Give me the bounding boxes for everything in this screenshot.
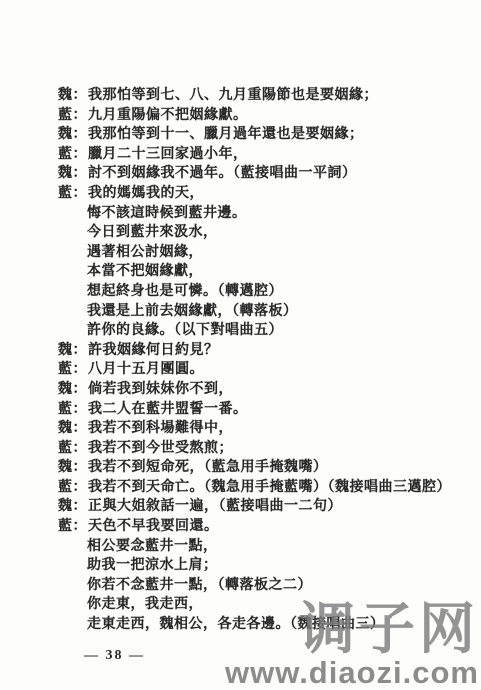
script-line: 許你的良緣。（以下對唱曲五） bbox=[58, 321, 471, 341]
line-text: 我二人在藍井盟誓一番。 bbox=[88, 402, 248, 417]
speaker-label: 藍： bbox=[58, 480, 87, 495]
watermark-site-url: www.diaozi.com bbox=[225, 657, 479, 690]
script-line: 今日到藍井來汲水， bbox=[58, 223, 471, 243]
line-text: 倘若我到妹妹你不到， bbox=[88, 382, 233, 397]
line-text: 我的媽媽我的天， bbox=[88, 186, 204, 201]
speaker-label: 魏： bbox=[58, 460, 87, 475]
script-line: 悔不該這時候到藍井邊。 bbox=[58, 204, 471, 224]
script-line: 藍：我的媽媽我的天， bbox=[58, 184, 471, 204]
script-line: 助我一把涼水上肩； bbox=[58, 556, 471, 576]
script-line: 魏：我若不到科場難得中， bbox=[58, 419, 471, 439]
script-line: 魏：許我姻緣何日約見？ bbox=[58, 341, 471, 361]
script-line: 魏：我若不到短命死，（藍急用手掩魏嘴） bbox=[58, 458, 471, 478]
line-text: 走東走西，魏相公，各走各邊。（魏接唱曲三） bbox=[87, 617, 385, 632]
line-text: 我那怕等到十一、臘月過年還也是要姻緣； bbox=[88, 127, 364, 142]
speaker-label: 藍： bbox=[58, 186, 87, 201]
script-line: 你若不念藍井一點，（轉落板之二） bbox=[58, 576, 471, 596]
scanned-document-page: 魏：我那怕等到七、八、九月重陽節也是要姻緣； 藍：九月重陽偏不把姻緣獻。 魏：我… bbox=[0, 0, 481, 690]
script-body: 魏：我那怕等到七、八、九月重陽節也是要姻緣； 藍：九月重陽偏不把姻緣獻。 魏：我… bbox=[58, 86, 471, 635]
script-line: 想起終身也是可憐。（轉邁腔） bbox=[58, 282, 471, 302]
script-line: 魏：我那怕等到七、八、九月重陽節也是要姻緣； bbox=[58, 86, 471, 106]
script-line: 你走東，我走西， bbox=[58, 595, 471, 615]
line-text: 你走東，我走西， bbox=[87, 597, 203, 612]
speaker-label: 魏： bbox=[58, 421, 87, 436]
speaker-label: 藍： bbox=[58, 147, 87, 162]
line-text: 悔不該這時候到藍井邊。 bbox=[87, 206, 247, 221]
line-text: 助我一把涼水上肩； bbox=[87, 558, 218, 573]
line-text: 本當不把姻緣獻， bbox=[87, 264, 203, 279]
line-text: 許我姻緣何日約見？ bbox=[88, 343, 219, 358]
line-text: 今日到藍井來汲水， bbox=[87, 225, 218, 240]
script-line: 藍：我若不到天命亡。（魏急用手掩藍嘴）（魏接唱曲三邁腔） bbox=[58, 478, 471, 498]
speaker-label: 魏： bbox=[58, 127, 87, 142]
line-text: 我還是上前去姻緣獻，（轉落板） bbox=[87, 304, 298, 319]
line-text: 討不到姻緣我不過年。（藍接唱曲一平詞） bbox=[88, 166, 357, 181]
script-line: 本當不把姻緣獻， bbox=[58, 262, 471, 282]
script-line: 藍：臘月二十三回家過小年， bbox=[58, 145, 471, 165]
script-line: 走東走西，魏相公，各走各邊。（魏接唱曲三） bbox=[58, 615, 471, 635]
line-text: 想起終身也是可憐。（轉邁腔） bbox=[87, 284, 283, 299]
page-number: — 38 — bbox=[84, 648, 145, 664]
line-text: 你若不念藍井一點，（轉落板之二） bbox=[87, 578, 312, 593]
speaker-label: 藍： bbox=[58, 441, 87, 456]
line-text: 九月重陽偏不把姻緣獻。 bbox=[88, 108, 248, 123]
speaker-label: 藍： bbox=[58, 362, 87, 377]
speaker-label: 藍： bbox=[58, 108, 87, 123]
script-line: 藍：九月重陽偏不把姻緣獻。 bbox=[58, 106, 471, 126]
script-line: 藍：天色不早我要回還。 bbox=[58, 517, 471, 537]
line-text: 我若不到科場難得中， bbox=[88, 421, 233, 436]
line-text: 我若不到天命亡。（魏急用手掩藍嘴）（魏接唱曲三邁腔） bbox=[88, 480, 451, 495]
line-text: 遇著相公討姻緣， bbox=[87, 245, 203, 260]
line-text: 相公要念藍井一點， bbox=[87, 539, 218, 554]
line-text: 我那怕等到七、八、九月重陽節也是要姻緣； bbox=[88, 88, 378, 103]
script-line: 魏：正與大姐敘話一遍，（藍接唱曲一二句） bbox=[58, 497, 471, 517]
line-text: 我若不到今世受熬煎； bbox=[88, 441, 233, 456]
speaker-label: 魏： bbox=[58, 88, 87, 103]
script-line: 魏：倘若我到妹妹你不到， bbox=[58, 380, 471, 400]
speaker-label: 魏： bbox=[58, 343, 87, 358]
line-text: 臘月二十三回家過小年， bbox=[88, 147, 248, 162]
script-line: 藍：八月十五月團圓。 bbox=[58, 360, 471, 380]
line-text: 天色不早我要回還。 bbox=[88, 519, 219, 534]
speaker-label: 魏： bbox=[58, 166, 87, 181]
speaker-label: 藍： bbox=[58, 402, 87, 417]
script-line: 魏：討不到姻緣我不過年。（藍接唱曲一平詞） bbox=[58, 164, 471, 184]
speaker-label: 藍： bbox=[58, 519, 87, 534]
script-line: 遇著相公討姻緣， bbox=[58, 243, 471, 263]
script-line: 藍：我若不到今世受熬煎； bbox=[58, 439, 471, 459]
script-line: 我還是上前去姻緣獻，（轉落板） bbox=[58, 302, 471, 322]
speaker-label: 魏： bbox=[58, 499, 87, 514]
script-line: 藍：我二人在藍井盟誓一番。 bbox=[58, 400, 471, 420]
line-text: 正與大姐敘話一遍，（藍接唱曲一二句） bbox=[88, 499, 342, 514]
line-text: 許你的良緣。（以下對唱曲五） bbox=[87, 323, 283, 338]
line-text: 八月十五月團圓。 bbox=[88, 362, 204, 377]
speaker-label: 魏： bbox=[58, 382, 87, 397]
script-line: 相公要念藍井一點， bbox=[58, 537, 471, 557]
script-line: 魏：我那怕等到十一、臘月過年還也是要姻緣； bbox=[58, 125, 471, 145]
line-text: 我若不到短命死，（藍急用手掩魏嘴） bbox=[88, 460, 328, 475]
